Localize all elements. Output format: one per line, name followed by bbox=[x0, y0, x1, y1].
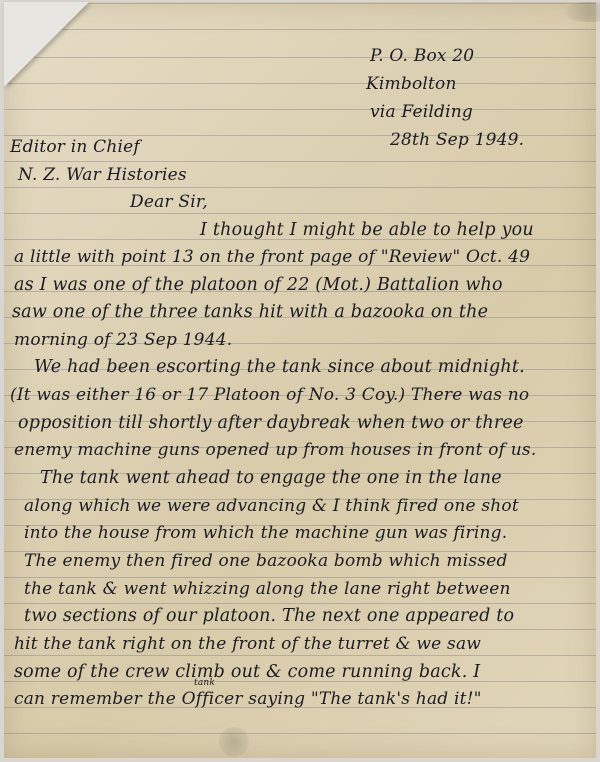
body-line: morning of 23 Sep 1944. bbox=[14, 330, 232, 350]
address-line-1: P. O. Box 20 bbox=[370, 46, 474, 66]
stain-mark bbox=[219, 727, 249, 757]
body-line: some of the crew climb out & come runnin… bbox=[14, 662, 480, 682]
letter-page: P. O. Box 20 Kimbolton via Feilding 28th… bbox=[4, 2, 596, 758]
body-line: the tank & went whizzing along the lane … bbox=[24, 579, 511, 599]
body-line: enemy machine guns opened up from houses… bbox=[14, 440, 536, 460]
recipient-line-1: Editor in Chief bbox=[10, 137, 140, 157]
body-line: as I was one of the platoon of 22 (Mot.)… bbox=[14, 275, 503, 295]
address-line-3: via Feilding bbox=[370, 102, 473, 122]
body-line: I thought I might be able to help you bbox=[200, 220, 534, 240]
body-line: saw one of the three tanks hit with a ba… bbox=[12, 302, 488, 322]
body-line: (It was either 16 or 17 Platoon of No. 3… bbox=[10, 385, 529, 405]
body-line: We had been escorting the tank since abo… bbox=[34, 357, 525, 377]
ink-mark bbox=[564, 2, 600, 22]
body-line: hit the tank right on the front of the t… bbox=[14, 634, 481, 654]
folded-corner bbox=[4, 2, 89, 87]
letter-date: 28th Sep 1949. bbox=[390, 130, 524, 150]
body-line: along which we were advancing & I think … bbox=[24, 496, 519, 516]
recipient-line-2: N. Z. War Histories bbox=[18, 165, 187, 185]
body-line: two sections of our platoon. The next on… bbox=[24, 606, 514, 626]
body-line: into the house from which the machine gu… bbox=[24, 523, 507, 543]
body-line: can remember the Officer saying "The tan… bbox=[14, 689, 482, 709]
body-line: opposition till shortly after daybreak w… bbox=[18, 413, 524, 433]
body-line: a little with point 13 on the front page… bbox=[14, 247, 530, 267]
body-line: The enemy then fired one bazooka bomb wh… bbox=[24, 551, 508, 571]
body-line: The tank went ahead to engage the one in… bbox=[40, 468, 502, 488]
salutation: Dear Sir, bbox=[130, 192, 208, 212]
inserted-word: tank bbox=[194, 678, 215, 688]
address-line-2: Kimbolton bbox=[366, 74, 457, 94]
